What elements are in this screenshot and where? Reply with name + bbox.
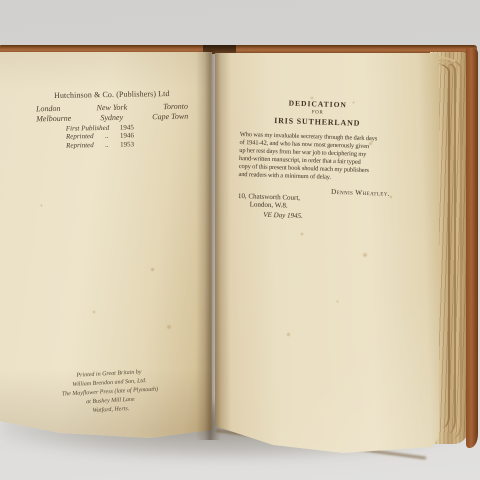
foxing-spot	[336, 300, 339, 303]
city: Cape Town	[152, 112, 188, 122]
foxing-spot	[92, 310, 96, 314]
edition-year: 1945	[120, 123, 134, 132]
printing-history: First Published 1945 Reprinted .. 1946 R…	[66, 123, 134, 149]
foxing-spot	[286, 332, 291, 337]
edition-dots: ..	[105, 141, 109, 149]
publisher-name: Hutchinson & Co. (Publishers) Ltd	[36, 89, 188, 101]
foxing-spot	[368, 141, 373, 146]
foxing-spot	[40, 204, 43, 207]
edition-dots: ..	[105, 132, 109, 140]
foxing-spot	[150, 267, 155, 272]
foxing-spot	[352, 101, 355, 104]
gutter-shadow	[196, 50, 221, 440]
printing-history-row: Reprinted .. 1953	[66, 140, 134, 150]
foxing-spot	[362, 252, 368, 258]
foxing-spot	[310, 96, 314, 100]
edition-year: 1946	[120, 132, 134, 141]
dedication-block: DEDICATION FOR IRIS SUTHERLAND Who was m…	[237, 97, 395, 223]
book-photograph: Hutchinson & Co. (Publishers) Ltd London…	[0, 0, 480, 480]
cover-right-edge	[466, 48, 478, 448]
dedication-body: Who was my invaluable secretary through …	[238, 131, 393, 184]
city: Sydney	[100, 113, 123, 122]
publisher-imprint: Hutchinson & Co. (Publishers) Ltd London…	[36, 89, 189, 124]
city: New York	[96, 103, 127, 113]
foxing-spot	[389, 195, 393, 199]
edition-year: 1953	[120, 140, 134, 149]
foxing-spot	[300, 232, 304, 236]
open-book: Hutchinson & Co. (Publishers) Ltd London…	[0, 45, 480, 460]
edition-label: Reprinted	[66, 141, 94, 150]
dedication-page: DEDICATION FOR IRIS SUTHERLAND Who was m…	[215, 53, 439, 453]
city: Toronto	[163, 102, 188, 111]
printer-colophon: Printed in Great Britain by William Bren…	[45, 367, 175, 419]
city: Melbourne	[36, 114, 71, 124]
city: London	[36, 104, 61, 113]
imprint-page: Hutchinson & Co. (Publishers) Ltd London…	[0, 52, 212, 438]
foxing-spot	[166, 324, 172, 330]
